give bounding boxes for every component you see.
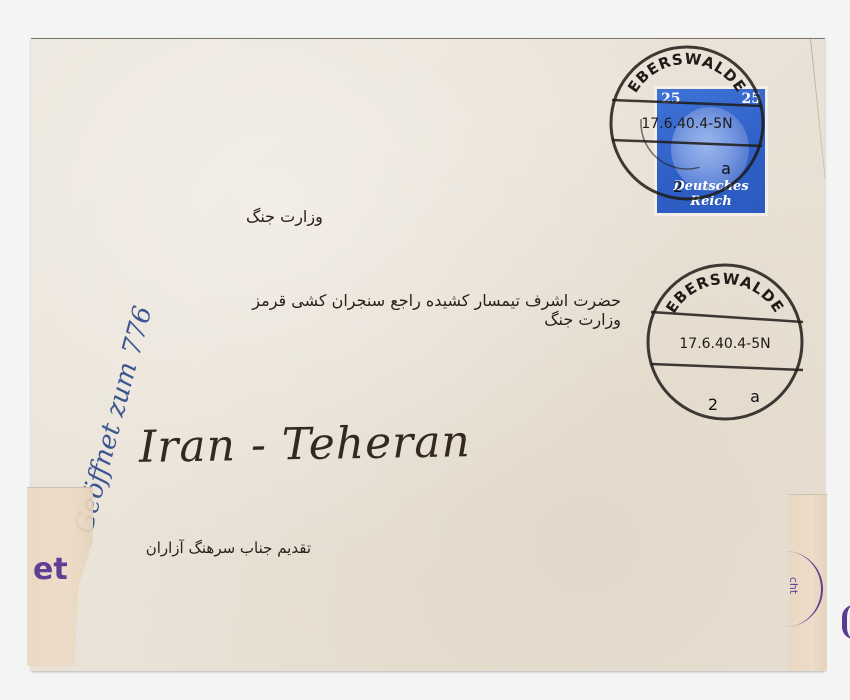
sender-line: تقدیم جناب سرهنگ آزاران [131, 539, 311, 557]
svg-text:EBERSWALDE: EBERSWALDE [624, 50, 750, 96]
postmark-sub-right: a [750, 387, 760, 406]
censor-mark-right [842, 605, 850, 639]
censor-stamp-right-text: cht [787, 577, 800, 594]
postmark-town: EBERSWALDE [624, 50, 750, 96]
censor-stamp-left-text: et [33, 552, 68, 587]
ministry-line: وزارت جنگ [246, 207, 323, 226]
envelope-crease [810, 39, 826, 178]
postmark-bottom: EBERSWALDE 17.6.40.4-5N 2 a [643, 260, 808, 425]
postmark-date: 17.6.40.4-5N [641, 116, 732, 132]
postmark-sub-left: 2 [673, 178, 683, 196]
recipient-line: حضرت اشرف تیمسار کشیده راجع سنجران کشی ق… [221, 291, 621, 329]
postmark-town: EBERSWALDE [662, 270, 787, 317]
svg-text:EBERSWALDE: EBERSWALDE [662, 270, 787, 317]
postmark-top: EBERSWALDE 17.6.40.4-5N 2 a [606, 42, 768, 204]
destination-line: Iran - Teheran [139, 416, 472, 473]
postmark-sub-right: a [721, 159, 731, 178]
postmark-date: 17.6.40.4-5N [679, 336, 770, 352]
postmark-sub-left: 2 [708, 395, 718, 414]
